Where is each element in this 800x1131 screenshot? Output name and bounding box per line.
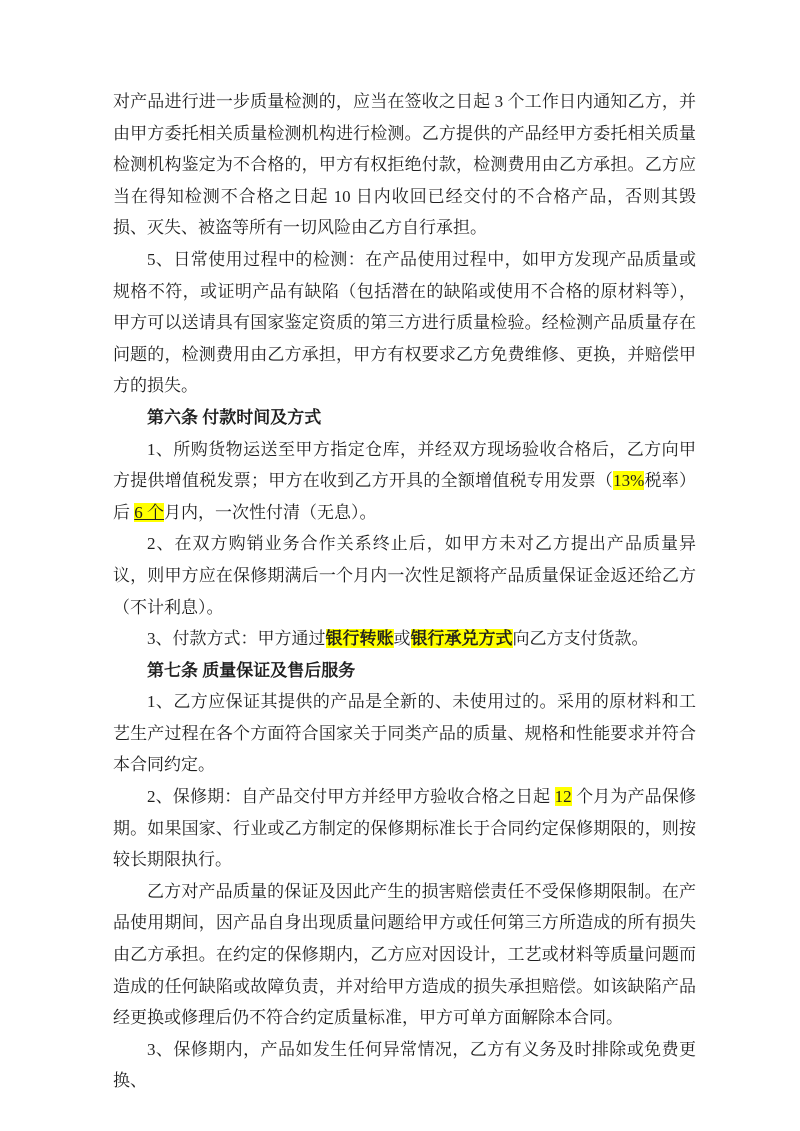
text-run: 向乙方支付货款。 (513, 629, 649, 648)
text-run: 5、日常使用过程中的检测：在产品使用过程中，如甲方发现产品质量或规格不符，或证明… (113, 250, 696, 395)
heading-article-6-payment-terms: 第六条 付款时间及方式 (113, 402, 696, 434)
para-daily-use-inspection: 5、日常使用过程中的检测：在产品使用过程中，如甲方发现产品质量或规格不符，或证明… (113, 244, 696, 402)
heading-article-7-quality-guarantee: 第七条 质量保证及售后服务 (113, 655, 696, 687)
text-run: 第六条 付款时间及方式 (147, 408, 321, 427)
text-run: 第七条 质量保证及售后服务 (147, 661, 355, 680)
para-quality-clause-2-warranty-period: 2、保修期：自产品交付甲方并经甲方验收合格之日起 12 个月为产品保修期。如果国… (113, 781, 696, 876)
text-run: 1、所购货物运送至甲方指定仓库，并经双方现场验收合格后，乙方向甲方提供增值税发票… (113, 440, 696, 491)
highlighted-text: 银行承兑方式 (411, 629, 513, 648)
contract-page: 对产品进行进一步质量检测的，应当在签收之日起 3 个工作日内通知乙方，并由甲方委… (0, 0, 800, 1131)
para-payment-clause-3: 3、付款方式：甲方通过银行转账或银行承兑方式向乙方支付货款。 (113, 623, 696, 655)
para-quality-clause-1: 1、乙方应保证其提供的产品是全新的、未使用过的。采用的原材料和工艺生产过程在各个… (113, 686, 696, 781)
highlighted-text: 6 个 (134, 503, 164, 522)
highlighted-text: 13% (613, 471, 644, 490)
para-quality-clause-3: 3、保修期内，产品如发生任何异常情况，乙方有义务及时排除或免费更换、 (113, 1034, 696, 1097)
text-run: 2、保修期：自产品交付甲方并经甲方验收合格之日起 (147, 787, 555, 806)
text-run: 3、保修期内，产品如发生任何异常情况，乙方有义务及时排除或免费更换、 (113, 1040, 696, 1091)
text-run: 1、乙方应保证其提供的产品是全新的、未使用过的。采用的原材料和工艺生产过程在各个… (113, 692, 696, 774)
text-run: 对产品进行进一步质量检测的，应当在签收之日起 3 个工作日内通知乙方，并由甲方委… (113, 92, 696, 237)
para-quality-liability: 乙方对产品质量的保证及因此产生的损害赔偿责任不受保修期限制。在产品使用期间，因产… (113, 876, 696, 1034)
text-run: 月内，一次性付清（无息）。 (164, 503, 377, 522)
para-payment-clause-1: 1、所购货物运送至甲方指定仓库，并经双方现场验收合格后，乙方向甲方提供增值税发票… (113, 434, 696, 529)
para-quality-inspection-continued: 对产品进行进一步质量检测的，应当在签收之日起 3 个工作日内通知乙方，并由甲方委… (113, 86, 696, 244)
highlighted-text: 12 (555, 787, 572, 806)
para-payment-clause-2: 2、在双方购销业务合作关系终止后，如甲方未对乙方提出产品质量异议，则甲方应在保修… (113, 528, 696, 623)
text-run: 或 (394, 629, 411, 648)
highlighted-text: 银行转账 (326, 629, 394, 648)
text-run: 乙方对产品质量的保证及因此产生的损害赔偿责任不受保修期限制。在产品使用期间，因产… (113, 882, 696, 1027)
text-run: 3、付款方式：甲方通过 (147, 629, 326, 648)
contract-text: 对产品进行进一步质量检测的，应当在签收之日起 3 个工作日内通知乙方，并由甲方委… (113, 86, 696, 1097)
text-run: 2、在双方购销业务合作关系终止后，如甲方未对乙方提出产品质量异议，则甲方应在保修… (113, 534, 696, 616)
